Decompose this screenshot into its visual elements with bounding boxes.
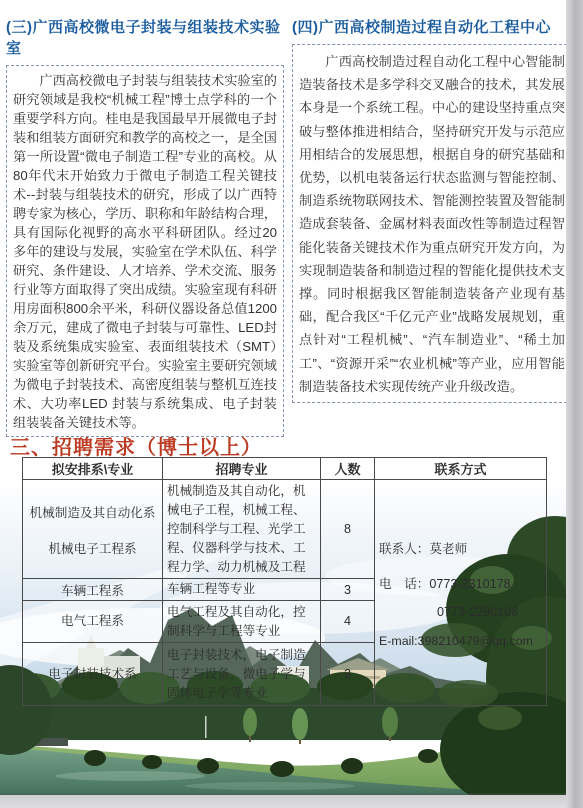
section-3-paragraph: 广西高校微电子封装与组装技术实验室的研究领域是我校“机械工程”博士点学科的一个重… — [13, 71, 277, 432]
header-majors: 招聘专业 — [163, 458, 321, 480]
count-cell: 3 — [321, 579, 375, 601]
section-4-paragraph: 广西高校制造过程自动化工程中心智能制造装备技术是多学科交叉融合的技术，其发展本身… — [299, 50, 565, 398]
contact-phone-2: 0773-2290108 — [437, 605, 542, 619]
section-4-text-box: 广西高校制造过程自动化工程中心智能制造装备技术是多学科交叉融合的技术，其发展本身… — [292, 44, 572, 403]
contact-cell: 联系人：莫老师 电 话：0773-2310178 0773-2290108 E-… — [375, 480, 547, 706]
dept-cell: 电子封装技术系 — [23, 643, 163, 706]
count-cell: 3 — [321, 643, 375, 706]
header-count: 人数 — [321, 458, 375, 480]
page-edge-right — [566, 0, 583, 808]
dept-cell: 机械制造及其自动化系 机械电子工程系 — [23, 480, 163, 579]
table-header-row: 拟安排系\专业 招聘专业 人数 联系方式 — [23, 458, 547, 480]
count-cell: 8 — [321, 480, 375, 579]
majors-cell: 机械制造及其自动化，机械电子工程，机械工程、控制科学与工程、光学工程、仪器科学与… — [163, 480, 321, 579]
majors-cell: 电子封装技术，电子制造工艺与设备，微电子学与固体电子学等专业 — [163, 643, 321, 706]
dept-line: 机械电子工程系 — [27, 538, 158, 557]
section-3-text-box: 广西高校微电子封装与组装技术实验室的研究领域是我校“机械工程”博士点学科的一个重… — [6, 65, 284, 437]
section-microelectronics-lab: (三)广西高校微电子封装与组装技术实验室 广西高校微电子封装与组装技术实验室的研… — [6, 16, 284, 437]
contact-phone-1: 电 话：0773-2310178 — [379, 573, 542, 592]
table-row: 机械制造及其自动化系 机械电子工程系 机械制造及其自动化，机械电子工程，机械工程… — [23, 480, 547, 579]
page-edge-bottom — [0, 795, 583, 808]
count-cell: 4 — [321, 601, 375, 643]
section-automation-center: (四)广西高校制造过程自动化工程中心 广西高校制造过程自动化工程中心智能制造装备… — [292, 16, 572, 403]
recruit-demand-heading: 三、招聘需求（博士以上） — [10, 431, 262, 460]
majors-cell: 车辆工程等专业 — [163, 579, 321, 601]
contact-person: 联系人：莫老师 — [379, 538, 542, 557]
dept-cell: 电气工程系 — [23, 601, 163, 643]
majors-cell: 电气工程及其自动化，控制科学与工程等专业 — [163, 601, 321, 643]
header-contact: 联系方式 — [375, 458, 547, 480]
dept-cell: 车辆工程系 — [23, 579, 163, 601]
section-4-heading: (四)广西高校制造过程自动化工程中心 — [292, 16, 572, 37]
section-3-heading: (三)广西高校微电子封装与组装技术实验室 — [6, 16, 284, 58]
recruitment-flyer-page: (三)广西高校微电子封装与组装技术实验室 广西高校微电子封装与组装技术实验室的研… — [0, 0, 583, 808]
contact-email: E-mail:398210479@qq.com — [379, 634, 542, 648]
recruit-table: 拟安排系\专业 招聘专业 人数 联系方式 机械制造及其自动化系 机械电子工程系 … — [22, 457, 547, 706]
header-department: 拟安排系\专业 — [23, 458, 163, 480]
dept-line: 机械制造及其自动化系 — [27, 502, 158, 521]
